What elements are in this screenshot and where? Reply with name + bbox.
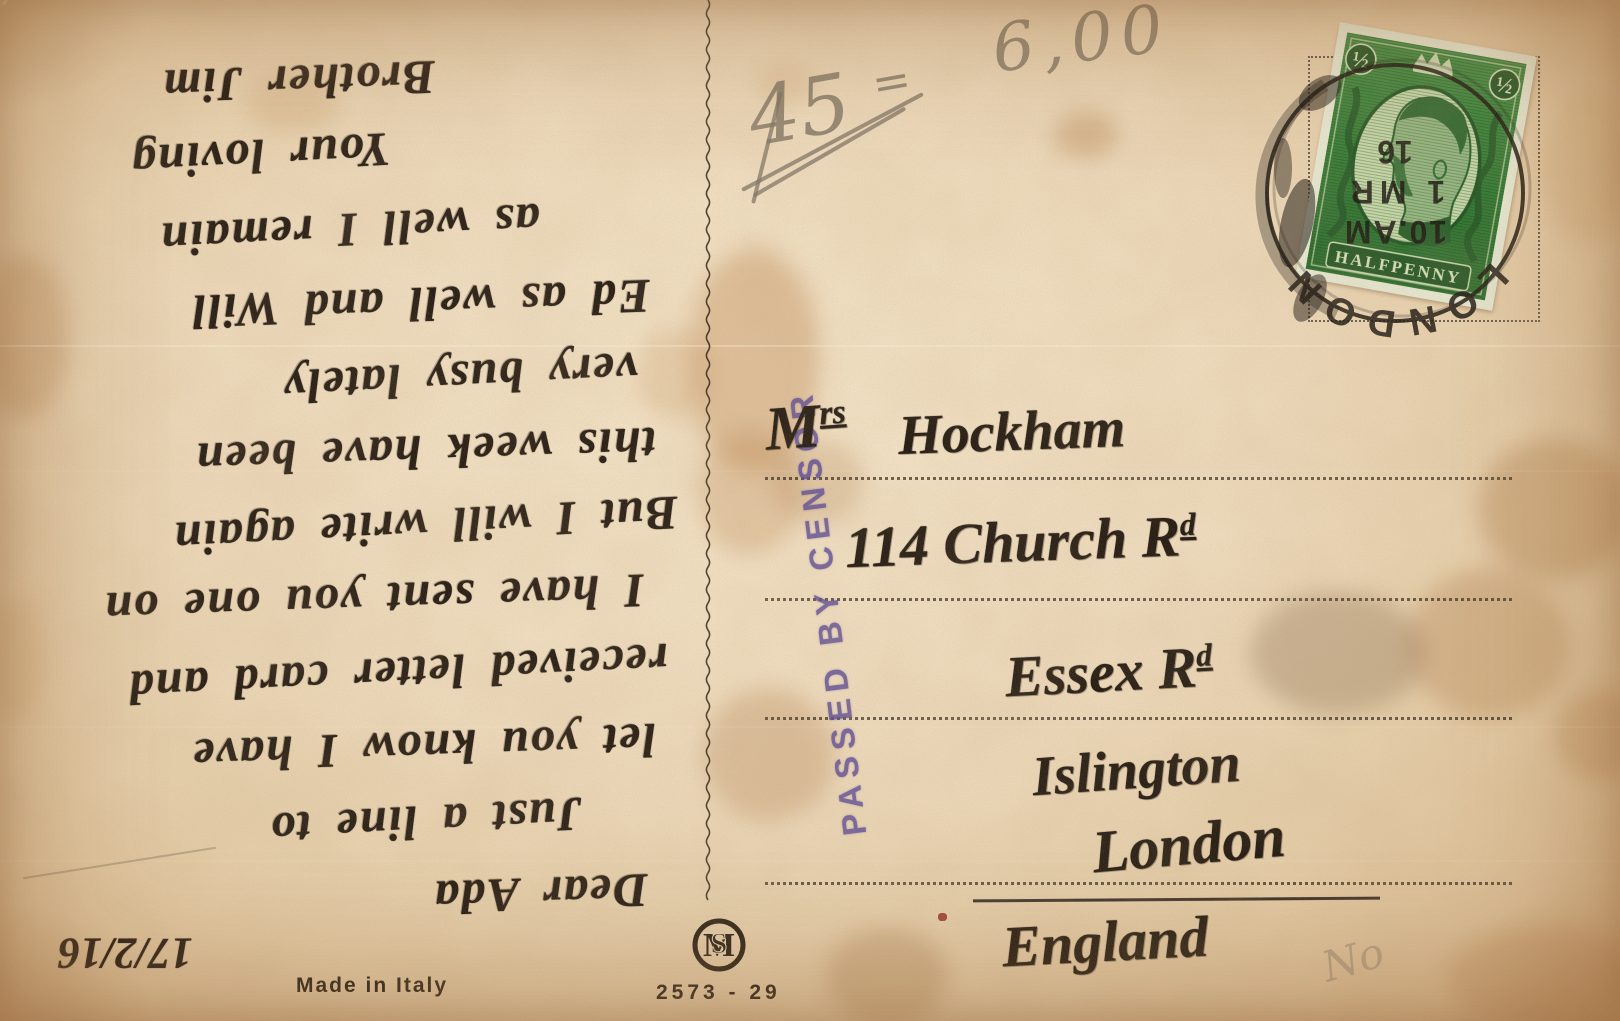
address-title: Mrs <box>763 389 849 466</box>
message-line: Just a line to <box>268 786 583 857</box>
address-district-sup: d <box>1195 637 1213 673</box>
address-name: Hockham <box>897 396 1126 468</box>
address-country: England <box>1000 903 1210 981</box>
message-line: But I will write again <box>171 485 679 566</box>
postmark-date: 1 MR <box>1345 174 1445 210</box>
message-line: as well I remain <box>158 192 541 267</box>
center-divider-rule <box>700 0 716 902</box>
address-title-main: M <box>763 392 823 464</box>
address-rule <box>765 598 1512 601</box>
address-street-sup: d <box>1179 507 1196 543</box>
pencil-price-value: 45 <box>741 55 857 164</box>
message-line: Dear Ada <box>432 862 649 924</box>
postmark-year: 16 <box>1377 134 1413 170</box>
message-line: this week have been <box>194 416 657 487</box>
paper-stain <box>1543 92 1620 244</box>
address-street-main: 114 Church R <box>844 503 1181 580</box>
publisher-logo: M S <box>690 915 748 975</box>
address-rule <box>765 717 1512 720</box>
message-line: Your loving <box>129 121 392 190</box>
paper-stain <box>1556 688 1620 780</box>
address-title-sup: rs <box>818 394 847 433</box>
postmark-time: 10.AM <box>1343 214 1447 250</box>
london-underline <box>973 897 1380 903</box>
message-line: very busy lately <box>281 341 639 415</box>
paper-stain <box>1052 112 1118 158</box>
pencil-number-note: 6,00 <box>988 0 1175 88</box>
address-borough: Islington <box>1030 731 1243 809</box>
address-street: 114 Church Rd <box>844 502 1197 581</box>
red-speck <box>938 913 947 921</box>
svg-text:S: S <box>711 927 728 960</box>
paper-stain <box>1445 925 1620 1021</box>
message-line: let you know I have <box>191 712 657 783</box>
paper-stain <box>1250 592 1425 714</box>
paper-stain <box>826 928 948 1021</box>
postcard-back: 17/2/16 Dear Ada Just a line to let you … <box>0 0 1620 1021</box>
paper-stain <box>703 688 835 820</box>
address-city: London <box>1089 802 1288 888</box>
message-line: Brother Jim <box>161 49 436 114</box>
message-line: I have sent you one on <box>103 563 645 637</box>
handwritten-message: 17/2/16 Dear Ada Just a line to let you … <box>0 0 690 1021</box>
message-line: Ed as well and Will <box>190 268 651 339</box>
paper-stain <box>1408 568 1570 720</box>
paper-stain <box>1478 438 1620 580</box>
address-district-main: Essex R <box>1003 634 1198 709</box>
message-date: 17/2/16 <box>58 928 192 979</box>
message-line: received letter card and <box>126 632 669 715</box>
address-rule <box>765 477 1512 480</box>
postmark: LONDON 10.AM 1 MR 16 <box>1245 43 1545 343</box>
pencil-scribble: No <box>1316 927 1389 991</box>
address-district: Essex Rd <box>1003 633 1214 711</box>
